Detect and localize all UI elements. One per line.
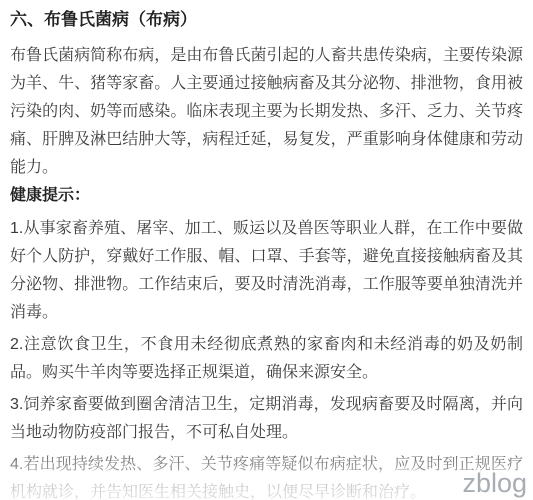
tip-item-2: 2.注意饮食卫生，不食用未经彻底煮熟的家畜肉和未经消毒的奶及奶制品。购买牛羊肉等… [10, 331, 523, 387]
tip-item-1: 1.从事家畜养殖、屠宰、加工、贩运以及兽医等职业人群，在工作中要做好个人防护，穿… [10, 215, 523, 327]
article-page: 六、布鲁氏菌病（布病） 布鲁氏菌病简称布病，是由布鲁氏菌引起的人畜共患传染病，主… [0, 0, 533, 500]
tip-item-3: 3.饲养家畜要做到圈舍清洁卫生，定期消毒，发现病畜要及时隔离，并向当地动物防疫部… [10, 391, 523, 447]
watermark-zblog: zblog [462, 466, 527, 500]
article-title: 六、布鲁氏菌病（布病） [10, 8, 523, 32]
tip-item-4: 4.若出现持续发热、多汗、关节疼痛等疑似布病症状，应及时到正规医疗机构就诊，并告… [10, 451, 523, 500]
health-tips-heading: 健康提示： [10, 182, 523, 210]
intro-paragraph: 布鲁氏菌病简称布病，是由布鲁氏菌引起的人畜共患传染病，主要传染源为羊、牛、猪等家… [10, 42, 523, 182]
